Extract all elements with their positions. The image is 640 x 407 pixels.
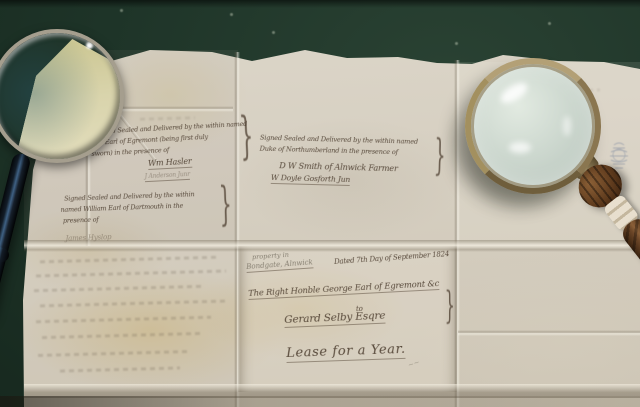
right-magnifier-lens — [465, 58, 601, 194]
lint-speck — [272, 31, 275, 34]
witness-signature: James Hyslop — [65, 233, 111, 243]
lens-specular-highlight — [498, 79, 531, 107]
lint-speck — [548, 22, 551, 25]
photo-antique-lease-document: Signed Sealed and Delivered by the withi… — [0, 0, 640, 407]
horizontal-fold-middle — [24, 240, 640, 252]
lens-specular-highlight — [563, 116, 571, 136]
bottom-fold-shadow — [0, 396, 640, 407]
ink-brace: } — [445, 284, 455, 328]
lint-speck — [455, 42, 458, 45]
vertical-crease — [234, 52, 240, 407]
lint-speck — [120, 9, 123, 12]
handle-ring — [0, 244, 10, 263]
left-magnifier-lens — [0, 29, 124, 163]
lint-speck — [230, 13, 233, 16]
ink-brace: } — [218, 179, 232, 232]
attestation-line: presence of — [63, 216, 99, 225]
table-edge-shadow — [0, 0, 640, 8]
horizontal-crease — [458, 330, 640, 336]
lens-specular-highlight — [509, 142, 531, 153]
